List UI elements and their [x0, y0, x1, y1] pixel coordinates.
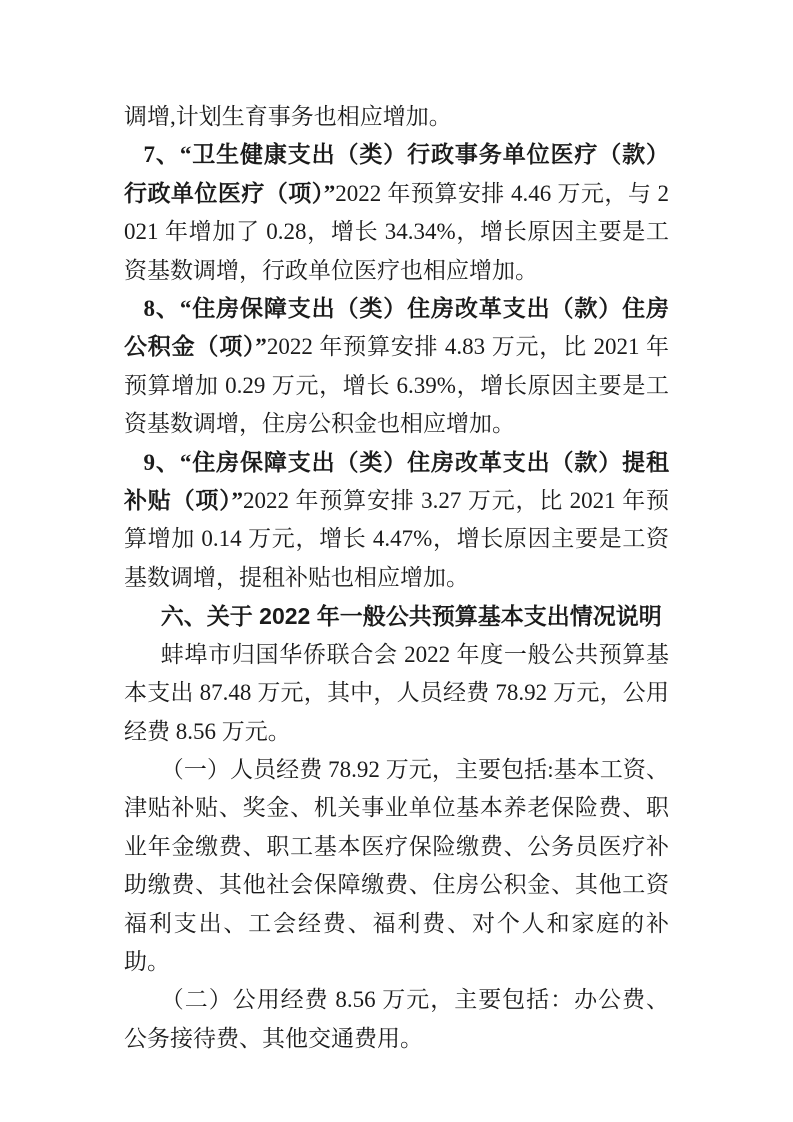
basic-expenditure-paragraph: 蚌埠市归国华侨联合会 2022 年度一般公共预算基本支出 87.48 万元，其中…	[124, 636, 669, 751]
personnel-expense-paragraph: （一）人员经费 78.92 万元，主要包括:基本工资、津贴补贴、奖金、机关事业单…	[124, 751, 669, 981]
budget-item-8: 8、“住房保障支出（类）住房改革支出（款）住房公积金（项）”2022 年预算安排…	[124, 290, 669, 444]
paragraph-continuation: 调增,计划生育事务也相应增加。	[124, 98, 669, 136]
section-heading-6: 六、关于 2022 年一般公共预算基本支出情况说明	[124, 597, 669, 635]
budget-item-9: 9、“住房保障支出（类）住房改革支出（款）提租补贴（项）”2022 年预算安排 …	[124, 444, 669, 598]
public-expense-paragraph: （二）公用经费 8.56 万元，主要包括：办公费、公务接待费、其他交通费用。	[124, 981, 669, 1058]
document-page: 调增,计划生育事务也相应增加。 7、“卫生健康支出（类）行政事务单位医疗（款）行…	[0, 0, 793, 1122]
budget-item-7: 7、“卫生健康支出（类）行政事务单位医疗（款）行政单位医疗（项）”2022 年预…	[124, 136, 669, 290]
